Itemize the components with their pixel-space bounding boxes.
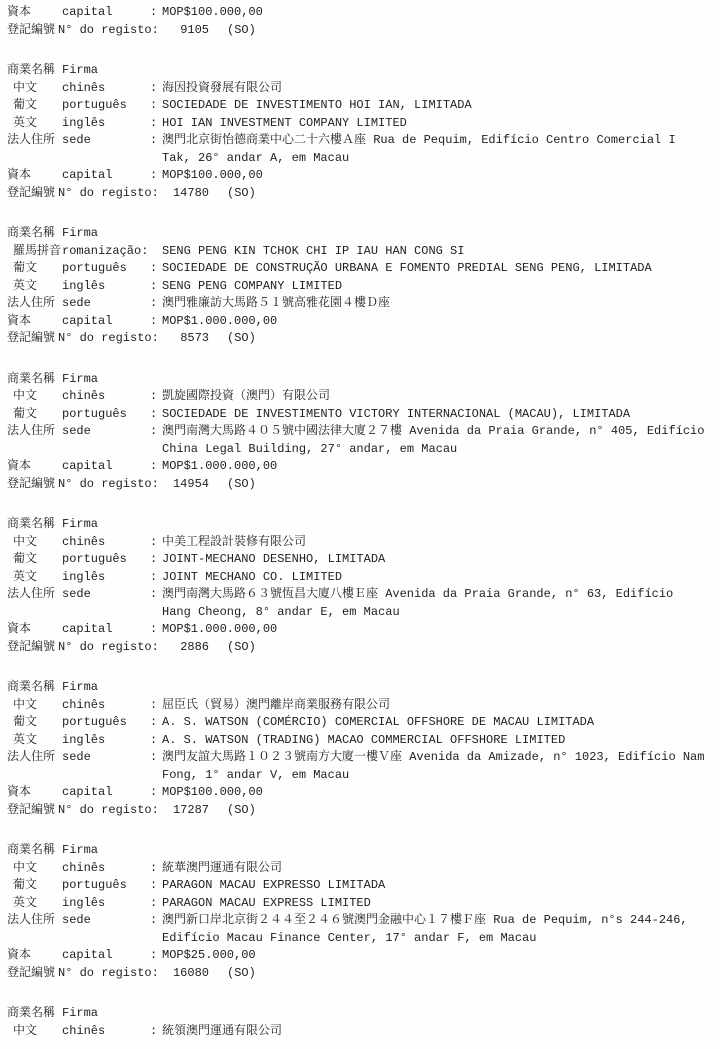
colon-separator: : <box>150 749 162 767</box>
registo-number: 8573 <box>162 330 209 348</box>
label-pt: sede <box>62 749 150 767</box>
label-zh: 中文 <box>7 534 62 552</box>
field-value: MOP$1.000.000,00 <box>162 458 708 476</box>
field-row: 法人住所sede:澳門新口岸北京街２４４至２４６號澳門金融中心１７樓Ｆ座 Rua… <box>7 912 708 947</box>
label-zh: 英文 <box>7 569 62 587</box>
label-zh: 葡文 <box>7 714 62 732</box>
label-pt: inglês <box>62 732 150 750</box>
label-pt: inglês <box>62 895 150 913</box>
field-row: 法人住所sede:澳門友誼大馬路１０２３號南方大廈一樓Ｖ座 Avenida da… <box>7 749 708 784</box>
registo-qualifier: (SO) <box>227 802 256 820</box>
colon-separator: : <box>150 569 162 587</box>
colon-separator: : <box>150 167 162 185</box>
colon-separator: : <box>150 784 162 802</box>
record-header-row: 商業名稱Firma <box>7 225 708 243</box>
label-pt: capital <box>62 947 150 965</box>
colon-separator: : <box>150 458 162 476</box>
label-zh: 資本 <box>7 167 62 185</box>
colon-separator: : <box>150 260 162 278</box>
colon-separator: : <box>150 295 162 313</box>
label-pt: N° do registo: <box>58 185 162 203</box>
field-value: MOP$25.000,00 <box>162 947 708 965</box>
field-row: 中文chinês:統領澳門運通有限公司 <box>7 1023 708 1041</box>
field-row: 英文inglês:JOINT MECHANO CO. LIMITED <box>7 569 708 587</box>
field-value: 澳門南灣大馬路６３號恆昌大廈八樓Ｅ座 Avenida da Praia Gran… <box>162 586 708 621</box>
colon-separator: : <box>150 551 162 569</box>
record-section: 商業名稱Firma中文chinês:統領澳門運通有限公司 <box>7 1005 708 1040</box>
label-pt: inglês <box>62 569 150 587</box>
label-pt: capital <box>62 458 150 476</box>
registo-row: 登記編號N° do registo:9105(SO) <box>7 22 708 40</box>
label-zh: 登記編號 <box>7 22 58 40</box>
label-pt: N° do registo: <box>58 330 162 348</box>
label-zh: 資本 <box>7 458 62 476</box>
label-zh: 法人住所 <box>7 132 62 150</box>
label-zh: 英文 <box>7 732 62 750</box>
colon-separator: : <box>150 534 162 552</box>
field-value: 澳門南灣大馬路４０５號中國法律大廈２７樓 Avenida da Praia Gr… <box>162 423 708 458</box>
field-row: 葡文português:PARAGON MACAU EXPRESSO LIMIT… <box>7 877 708 895</box>
label-pt: romanização: <box>62 243 162 261</box>
label-pt: capital <box>62 4 150 22</box>
field-row: 中文chinês:中美工程設計裝修有限公司 <box>7 534 708 552</box>
label-zh: 資本 <box>7 4 62 22</box>
field-value: SENG PENG KIN TCHOK CHI IP IAU HAN CONG … <box>162 243 708 261</box>
colon-separator: : <box>150 132 162 150</box>
label-pt: sede <box>62 586 150 604</box>
registo-number: 14780 <box>162 185 209 203</box>
label-zh: 登記編號 <box>7 639 58 657</box>
registo-row: 登記編號N° do registo:17287(SO) <box>7 802 708 820</box>
label-zh: 葡文 <box>7 260 62 278</box>
field-row: 葡文português:A. S. WATSON (COMÉRCIO) COME… <box>7 714 708 732</box>
label-zh: 登記編號 <box>7 965 58 983</box>
field-value: MOP$1.000.000,00 <box>162 313 708 331</box>
label-zh: 登記編號 <box>7 476 58 494</box>
field-row: 羅馬拼音romanização:SENG PENG KIN TCHOK CHI … <box>7 243 708 261</box>
label-pt: Firma <box>62 225 708 243</box>
registo-qualifier: (SO) <box>227 476 256 494</box>
label-pt: capital <box>62 313 150 331</box>
field-row: 資本capital:MOP$1.000.000,00 <box>7 458 708 476</box>
label-pt: Firma <box>62 516 708 534</box>
field-value: 澳門友誼大馬路１０２３號南方大廈一樓Ｖ座 Avenida da Amizade,… <box>162 749 708 784</box>
registo-row: 登記編號N° do registo:14780(SO) <box>7 185 708 203</box>
label-zh: 葡文 <box>7 406 62 424</box>
label-pt: N° do registo: <box>58 22 162 40</box>
record-section: 商業名稱Firma中文chinês:海因投資發展有限公司葡文português:… <box>7 62 708 202</box>
label-zh: 羅馬拼音 <box>7 243 62 261</box>
field-value: 統領澳門運通有限公司 <box>162 1023 708 1041</box>
label-pt: Firma <box>62 1005 708 1023</box>
colon-separator: : <box>150 80 162 98</box>
label-zh: 商業名稱 <box>7 516 62 534</box>
label-pt: português <box>62 877 150 895</box>
field-row: 法人住所sede:澳門南灣大馬路６３號恆昌大廈八樓Ｅ座 Avenida da P… <box>7 586 708 621</box>
colon-separator: : <box>150 278 162 296</box>
label-pt: inglês <box>62 115 150 133</box>
label-zh: 英文 <box>7 115 62 133</box>
label-zh: 登記編號 <box>7 330 58 348</box>
record-section: 資本capital:MOP$100.000,00登記編號N° do regist… <box>7 4 708 39</box>
record-header-row: 商業名稱Firma <box>7 62 708 80</box>
label-pt: chinês <box>62 1023 150 1041</box>
field-value: 中美工程設計裝修有限公司 <box>162 534 708 552</box>
colon-separator: : <box>150 97 162 115</box>
field-value: 澳門新口岸北京街２４４至２４６號澳門金融中心１７樓Ｆ座 Rua de Pequi… <box>162 912 708 947</box>
registo-qualifier: (SO) <box>227 185 256 203</box>
colon-separator: : <box>150 586 162 604</box>
record-header-row: 商業名稱Firma <box>7 516 708 534</box>
label-zh: 英文 <box>7 278 62 296</box>
label-zh: 法人住所 <box>7 749 62 767</box>
colon-separator: : <box>150 115 162 133</box>
label-zh: 商業名稱 <box>7 679 62 697</box>
field-value: 海因投資發展有限公司 <box>162 80 708 98</box>
field-row: 資本capital:MOP$100.000,00 <box>7 4 708 22</box>
colon-separator: : <box>150 621 162 639</box>
field-row: 法人住所sede:澳門雅廉訪大馬路５１號高雅花園４樓Ｄ座 <box>7 295 708 313</box>
record-section: 商業名稱Firma羅馬拼音romanização:SENG PENG KIN T… <box>7 225 708 348</box>
label-pt: português <box>62 97 150 115</box>
colon-separator: : <box>150 423 162 441</box>
label-zh: 法人住所 <box>7 423 62 441</box>
label-pt: capital <box>62 621 150 639</box>
field-value: HOI IAN INVESTMENT COMPANY LIMITED <box>162 115 708 133</box>
label-pt: chinês <box>62 388 150 406</box>
label-pt: Firma <box>62 62 708 80</box>
field-value: A. S. WATSON (TRADING) MACAO COMMERCIAL … <box>162 732 708 750</box>
record-header-row: 商業名稱Firma <box>7 679 708 697</box>
label-zh: 法人住所 <box>7 912 62 930</box>
label-zh: 中文 <box>7 388 62 406</box>
label-zh: 中文 <box>7 80 62 98</box>
field-row: 資本capital:MOP$1.000.000,00 <box>7 621 708 639</box>
label-zh: 葡文 <box>7 551 62 569</box>
field-value: SENG PENG COMPANY LIMITED <box>162 278 708 296</box>
field-row: 法人住所sede:澳門北京街怡德商業中心二十六樓Ａ座 Rua de Pequim… <box>7 132 708 167</box>
label-zh: 中文 <box>7 860 62 878</box>
field-value: 澳門雅廉訪大馬路５１號高雅花園４樓Ｄ座 <box>162 295 708 313</box>
label-pt: inglês <box>62 278 150 296</box>
colon-separator: : <box>150 895 162 913</box>
field-value: PARAGON MACAU EXPRESS LIMITED <box>162 895 708 913</box>
field-value: 屈臣氏（貿易）澳門離岸商業服務有限公司 <box>162 697 708 715</box>
label-pt: chinês <box>62 697 150 715</box>
label-zh: 中文 <box>7 1023 62 1041</box>
field-row: 葡文português:SOCIEDADE DE INVESTIMENTO HO… <box>7 97 708 115</box>
label-zh: 葡文 <box>7 877 62 895</box>
label-pt: capital <box>62 784 150 802</box>
record-header-row: 商業名稱Firma <box>7 371 708 389</box>
label-pt: Firma <box>62 371 708 389</box>
field-row: 資本capital:MOP$100.000,00 <box>7 167 708 185</box>
registo-qualifier: (SO) <box>227 639 256 657</box>
label-zh: 商業名稱 <box>7 225 62 243</box>
field-value: PARAGON MACAU EXPRESSO LIMITADA <box>162 877 708 895</box>
label-zh: 登記編號 <box>7 185 58 203</box>
field-row: 英文inglês:PARAGON MACAU EXPRESS LIMITED <box>7 895 708 913</box>
colon-separator: : <box>150 4 162 22</box>
label-pt: Firma <box>62 842 708 860</box>
field-row: 資本capital:MOP$25.000,00 <box>7 947 708 965</box>
field-value: JOINT MECHANO CO. LIMITED <box>162 569 708 587</box>
label-zh: 資本 <box>7 784 62 802</box>
record-header-row: 商業名稱Firma <box>7 842 708 860</box>
label-pt: N° do registo: <box>58 476 162 494</box>
label-zh: 資本 <box>7 621 62 639</box>
registo-number: 16080 <box>162 965 209 983</box>
field-value: 澳門北京街怡德商業中心二十六樓Ａ座 Rua de Pequim, Edifíci… <box>162 132 708 167</box>
registo-number: 14954 <box>162 476 209 494</box>
record-section: 商業名稱Firma中文chinês:凱旋國際投資（澳門）有限公司葡文portug… <box>7 371 708 494</box>
label-pt: sede <box>62 295 150 313</box>
label-zh: 登記編號 <box>7 802 58 820</box>
field-row: 中文chinês:凱旋國際投資（澳門）有限公司 <box>7 388 708 406</box>
field-value: SOCIEDADE DE CONSTRUÇÃO URBANA E FOMENTO… <box>162 260 708 278</box>
label-pt: português <box>62 406 150 424</box>
colon-separator: : <box>150 714 162 732</box>
field-row: 英文inglês:HOI IAN INVESTMENT COMPANY LIMI… <box>7 115 708 133</box>
record-header-row: 商業名稱Firma <box>7 1005 708 1023</box>
label-pt: chinês <box>62 80 150 98</box>
field-row: 中文chinês:屈臣氏（貿易）澳門離岸商業服務有限公司 <box>7 697 708 715</box>
registo-row: 登記編號N° do registo:16080(SO) <box>7 965 708 983</box>
label-pt: chinês <box>62 534 150 552</box>
field-row: 中文chinês:海因投資發展有限公司 <box>7 80 708 98</box>
label-pt: sede <box>62 423 150 441</box>
field-value: MOP$100.000,00 <box>162 784 708 802</box>
label-pt: N° do registo: <box>58 802 162 820</box>
colon-separator: : <box>150 877 162 895</box>
label-pt: Firma <box>62 679 708 697</box>
colon-separator: : <box>150 732 162 750</box>
registo-row: 登記編號N° do registo:8573(SO) <box>7 330 708 348</box>
field-value: 統華澳門運通有限公司 <box>162 860 708 878</box>
colon-separator: : <box>150 947 162 965</box>
gazette-registry-page: 資本capital:MOP$100.000,00登記編號N° do regist… <box>0 0 720 1040</box>
label-zh: 英文 <box>7 895 62 913</box>
label-zh: 資本 <box>7 313 62 331</box>
field-row: 葡文português:SOCIEDADE DE CONSTRUÇÃO URBA… <box>7 260 708 278</box>
label-zh: 資本 <box>7 947 62 965</box>
label-zh: 法人住所 <box>7 586 62 604</box>
field-value: SOCIEDADE DE INVESTIMENTO VICTORY INTERN… <box>162 406 708 424</box>
colon-separator: : <box>150 697 162 715</box>
colon-separator: : <box>150 313 162 331</box>
field-value: JOINT-MECHANO DESENHO, LIMITADA <box>162 551 708 569</box>
label-pt: português <box>62 714 150 732</box>
field-value: MOP$100.000,00 <box>162 4 708 22</box>
colon-separator: : <box>150 388 162 406</box>
label-pt: português <box>62 260 150 278</box>
label-pt: chinês <box>62 860 150 878</box>
registo-qualifier: (SO) <box>227 330 256 348</box>
label-pt: português <box>62 551 150 569</box>
colon-separator: : <box>150 1023 162 1041</box>
field-row: 英文inglês:A. S. WATSON (TRADING) MACAO CO… <box>7 732 708 750</box>
record-section: 商業名稱Firma中文chinês:中美工程設計裝修有限公司葡文portuguê… <box>7 516 708 656</box>
field-value: MOP$1.000.000,00 <box>162 621 708 639</box>
registo-number: 17287 <box>162 802 209 820</box>
field-row: 英文inglês:SENG PENG COMPANY LIMITED <box>7 278 708 296</box>
colon-separator: : <box>150 406 162 424</box>
registo-qualifier: (SO) <box>227 965 256 983</box>
record-section: 商業名稱Firma中文chinês:統華澳門運通有限公司葡文português:… <box>7 842 708 982</box>
label-zh: 法人住所 <box>7 295 62 313</box>
label-pt: sede <box>62 912 150 930</box>
colon-separator: : <box>150 912 162 930</box>
field-row: 資本capital:MOP$1.000.000,00 <box>7 313 708 331</box>
field-value: SOCIEDADE DE INVESTIMENTO HOI IAN, LIMIT… <box>162 97 708 115</box>
label-zh: 商業名稱 <box>7 62 62 80</box>
label-pt: sede <box>62 132 150 150</box>
label-zh: 葡文 <box>7 97 62 115</box>
field-row: 葡文português:SOCIEDADE DE INVESTIMENTO VI… <box>7 406 708 424</box>
label-pt: capital <box>62 167 150 185</box>
field-value: MOP$100.000,00 <box>162 167 708 185</box>
registo-row: 登記編號N° do registo:2886(SO) <box>7 639 708 657</box>
field-row: 中文chinês:統華澳門運通有限公司 <box>7 860 708 878</box>
label-pt: N° do registo: <box>58 965 162 983</box>
label-zh: 中文 <box>7 697 62 715</box>
field-value: 凱旋國際投資（澳門）有限公司 <box>162 388 708 406</box>
label-zh: 商業名稱 <box>7 842 62 860</box>
registo-qualifier: (SO) <box>227 22 256 40</box>
field-value: A. S. WATSON (COMÉRCIO) COMERCIAL OFFSHO… <box>162 714 708 732</box>
registo-row: 登記編號N° do registo:14954(SO) <box>7 476 708 494</box>
record-section: 商業名稱Firma中文chinês:屈臣氏（貿易）澳門離岸商業服務有限公司葡文p… <box>7 679 708 819</box>
registo-number: 9105 <box>162 22 209 40</box>
label-zh: 商業名稱 <box>7 371 62 389</box>
field-row: 法人住所sede:澳門南灣大馬路４０５號中國法律大廈２７樓 Avenida da… <box>7 423 708 458</box>
label-pt: N° do registo: <box>58 639 162 657</box>
field-row: 葡文português:JOINT-MECHANO DESENHO, LIMIT… <box>7 551 708 569</box>
label-zh: 商業名稱 <box>7 1005 62 1023</box>
field-row: 資本capital:MOP$100.000,00 <box>7 784 708 802</box>
colon-separator: : <box>150 860 162 878</box>
registo-number: 2886 <box>162 639 209 657</box>
